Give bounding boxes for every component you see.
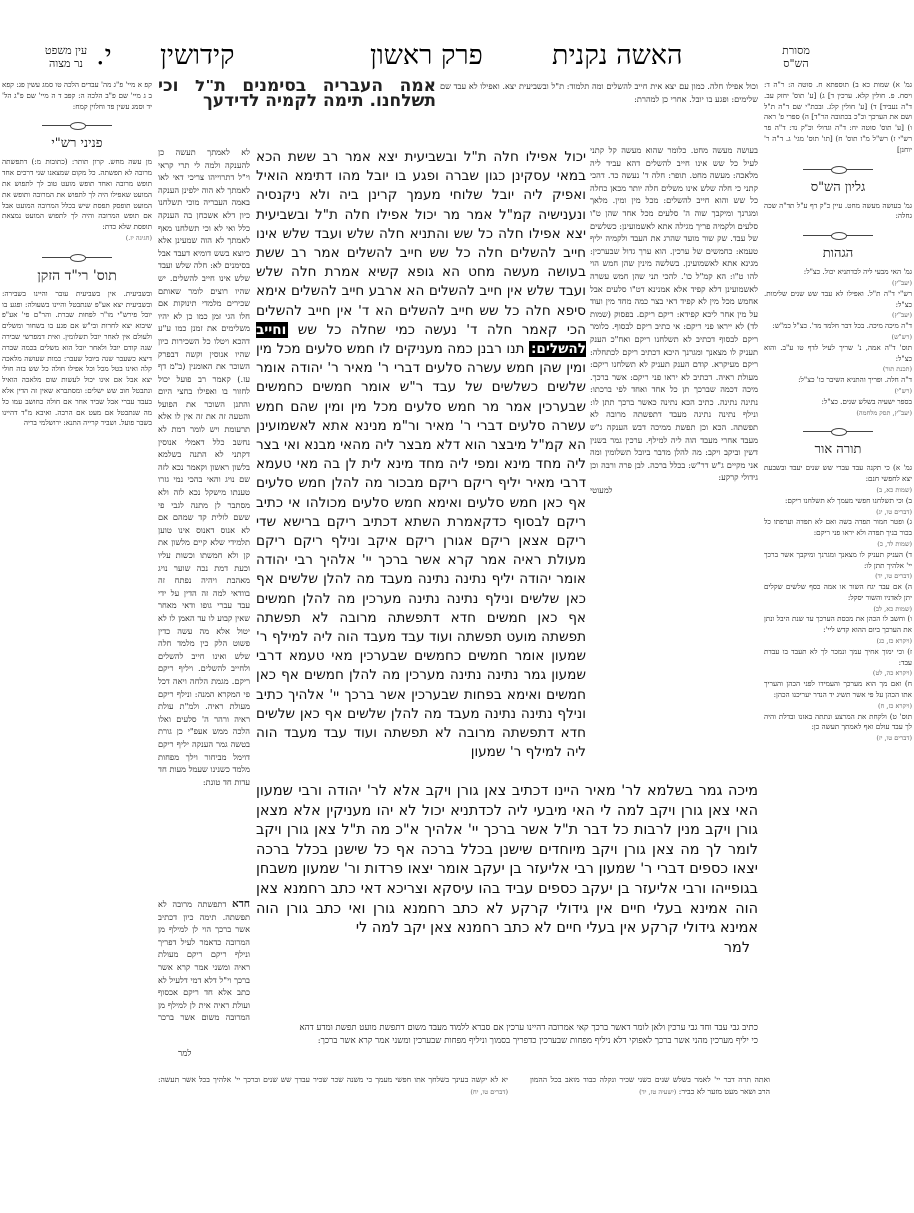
- divider-ornament-icon: [803, 428, 873, 434]
- pninei-rashi-source: (חגיגה יז.): [2, 233, 152, 244]
- torah-or-list: גמ' א) כי תקנה עבד עברי שש שנים יעבד ובש…: [764, 463, 912, 744]
- left-margin: קפ א מיי' פ"ג מה' עבדים הלכה טו סמג עשין…: [2, 80, 152, 1030]
- gemara-text-2: תנו רבנן כמה מעניקים לו חמש סלעים מכל מי…: [256, 341, 586, 760]
- divider-ornament-icon: [803, 232, 873, 238]
- divider-ornament-icon: [803, 166, 873, 172]
- daf-number: י.: [96, 40, 112, 72]
- rashi-text: לא לאמתך תעשה כן להענקה ולמה לי תרי קראי…: [158, 146, 250, 788]
- hagahot-item: רש"י ד"ה ת"ל. ואפילו לא עבד שש שנים שלימ…: [764, 289, 912, 321]
- torah-or-title: תורה אור: [764, 440, 912, 460]
- pninei-rashi-title: פניני רש"י: [2, 134, 152, 154]
- tosafot-intro: וכול אפילו חלה. כמון עם יצא אית חייב להש…: [440, 80, 758, 105]
- rashi-hadra-block: חדא דתפשתה מרובה לא תפשתה. תימה כיון דכת…: [158, 898, 250, 1020]
- torah-or-item: ד) העניק תעניק לו מצאנך ומגרנך ומיקבך אש…: [764, 550, 912, 582]
- commentary-intro: אמה העבריה בסימנים ת"ל וכי תשלחנו. תימה …: [158, 80, 436, 111]
- tosfot-rid-title: תוס' רי"ד הזקן: [2, 266, 152, 286]
- hagahot-item: ד"ה מיכה מיכה. בכל דבר חלמד מד'. כצ"ל כמ…: [764, 321, 912, 343]
- gemara-text-3: מיכה גמר בשלמא לר' מאיר היינו דכתיב צאן …: [256, 783, 758, 936]
- ein-mishpat-label: עין משפט נר מצוה: [44, 44, 88, 70]
- tosafot-text: בעושה מעשה מחט. כלומר שהוא מעשה קל קתני …: [590, 144, 758, 484]
- gemara-main: יכול אפילו חלה ת"ל ובשביעית יצא אמר רב ש…: [256, 148, 586, 778]
- rashi-column-narrow: לא לאמתך תעשה כן להענקה ולמה לי תרי קראי…: [158, 146, 250, 898]
- hagahot-list: גמ' האי מבעי ליה לכדתניא יכול. כצ"ל:(יעב…: [764, 267, 912, 418]
- footer-commentary: כתיב גבי עבד וחד גבי ערכין ולאן לומר דאש…: [158, 1022, 758, 1072]
- footer-line-2: כי יליף מערכין מהני אשר ברכך לאפוקי דלא …: [158, 1035, 758, 1048]
- mesoret-label: מסורת הש"ס: [772, 44, 820, 70]
- torah-or-item: ו) וחשב לו הכהן את מכסת הערכך עד שנת היב…: [764, 614, 912, 646]
- tosafot-top: וכול אפילו חלה. כמון עם יצא אית חייב להש…: [440, 80, 758, 144]
- chapter-name: האשה נקנית: [552, 40, 683, 72]
- rashi-column: אמה העבריה בסימנים ת"ל וכי תשלחנו. תימה …: [158, 80, 436, 146]
- footer-catchword: למר: [158, 1048, 758, 1061]
- verse-left-source: (דברים טו, יח): [470, 1088, 508, 1096]
- tosafot-column: בעושה מעשה מחט. כלומר שהוא מעשה קל קתני …: [590, 144, 758, 844]
- verse-left-text: יא לא יקשה בעינך בשלחך אתו חפשי מעמך כי …: [158, 1075, 508, 1084]
- pninei-rashi-text: מן עשה מחש. קרון תותר: (כתובות מ:) דתפשת…: [2, 157, 152, 233]
- tractate-title: קידושין: [160, 40, 235, 72]
- divider-ornament-icon: [42, 122, 112, 128]
- tosafot-trail: למעוטי: [590, 484, 758, 497]
- torah-or-item: גמ' א) כי תקנה עבד עברי שש שנים יעבד ובש…: [764, 463, 912, 495]
- hagahot-item: בספר ישעיה בשלש שנים. כצ"ל:(יעב"ץ, תסק מ…: [764, 397, 912, 419]
- footer-verse-right: ואתה תרה דבר יי' לאמר בשלש שנים כשני שכי…: [530, 1074, 770, 1104]
- torah-or-item: תוס' ט) ולקחת את המרצע ונתתה באזנו ובדלת…: [764, 712, 912, 744]
- gilyon-text: גמ' בעושה מעשה מחט. עיין כ"ק דף ע"ל תד"ה…: [764, 201, 912, 223]
- torah-or-item: ג) ופטר חמור תפדה בשה ואם לא תפדה וערפתו…: [764, 517, 912, 549]
- torah-or-item: ז) וכי ימוך אחיך עמך ונמכר לך לא תעבד בו…: [764, 647, 912, 679]
- gemara-continued: מיכה גמר בשלמא לר' מאיר היינו דכתיב צאן …: [256, 782, 758, 1004]
- gemara-catchword: למר: [256, 939, 758, 959]
- tosfot-rid-text: ובשביעית. אין בשביעית עובר והיינו בשבירה…: [2, 289, 152, 429]
- footer-verse-left: יא לא יקשה בעינך בשלחך אתו חפשי מעמך כי …: [158, 1074, 508, 1104]
- mesoret-text: גמ' א) שמות כא ב) תוספתא ח. סוטה ה: ר"ה …: [764, 80, 912, 156]
- hadra-lead: חדא: [232, 898, 250, 910]
- verse-right-source: (ישעיה טז, יד): [639, 1088, 676, 1096]
- right-margin: גמ' א) שמות כא ב) תוספתא ח. סוטה ה: ר"ה …: [764, 80, 912, 1110]
- torah-or-item: ב) וכי תשלחנו חפשי מעמך לא תשלחנו ריקם:(…: [764, 496, 912, 518]
- hadra-text: דתפשתה מרובה לא תפשתה. תימה כיון דכתיב א…: [158, 899, 250, 1020]
- divider-ornament-icon: [42, 254, 112, 260]
- footer-line-1: כתיב גבי עבד וחד גבי ערכין ולאן לומר דאש…: [158, 1022, 758, 1035]
- hagahot-item: ד"ה חלה. ופריך והתניא השיבר כו' כצ"ל:(רש…: [764, 375, 912, 397]
- perek-title: פרק ראשון: [370, 40, 483, 72]
- hagahot-title: הגהות: [764, 244, 912, 264]
- gilyon-title: גליון הש"ס: [764, 178, 912, 198]
- hagahot-item: תוס' ד"ה אמה, נ' שריך לעיל לדף טו ע"ב. ו…: [764, 343, 912, 375]
- hagahot-item: גמ' האי מבעי ליה לכדתניא יכול. כצ"ל:(יעב…: [764, 267, 912, 289]
- torah-or-item: ח) ואם מך הוא מערכך והעמידו לפני הכהן וה…: [764, 679, 912, 711]
- torah-or-item: ה) אם עבד יגח השור או אמה כסף שלשים שקלי…: [764, 582, 912, 614]
- ein-mishpat-text: קפ א מיי' פ"ג מה' עבדים הלכה טו סמג עשין…: [2, 80, 152, 112]
- gemara-text-1: יכול אפילו חלה ת"ל ובשביעית יצא אמר רב ש…: [256, 149, 586, 338]
